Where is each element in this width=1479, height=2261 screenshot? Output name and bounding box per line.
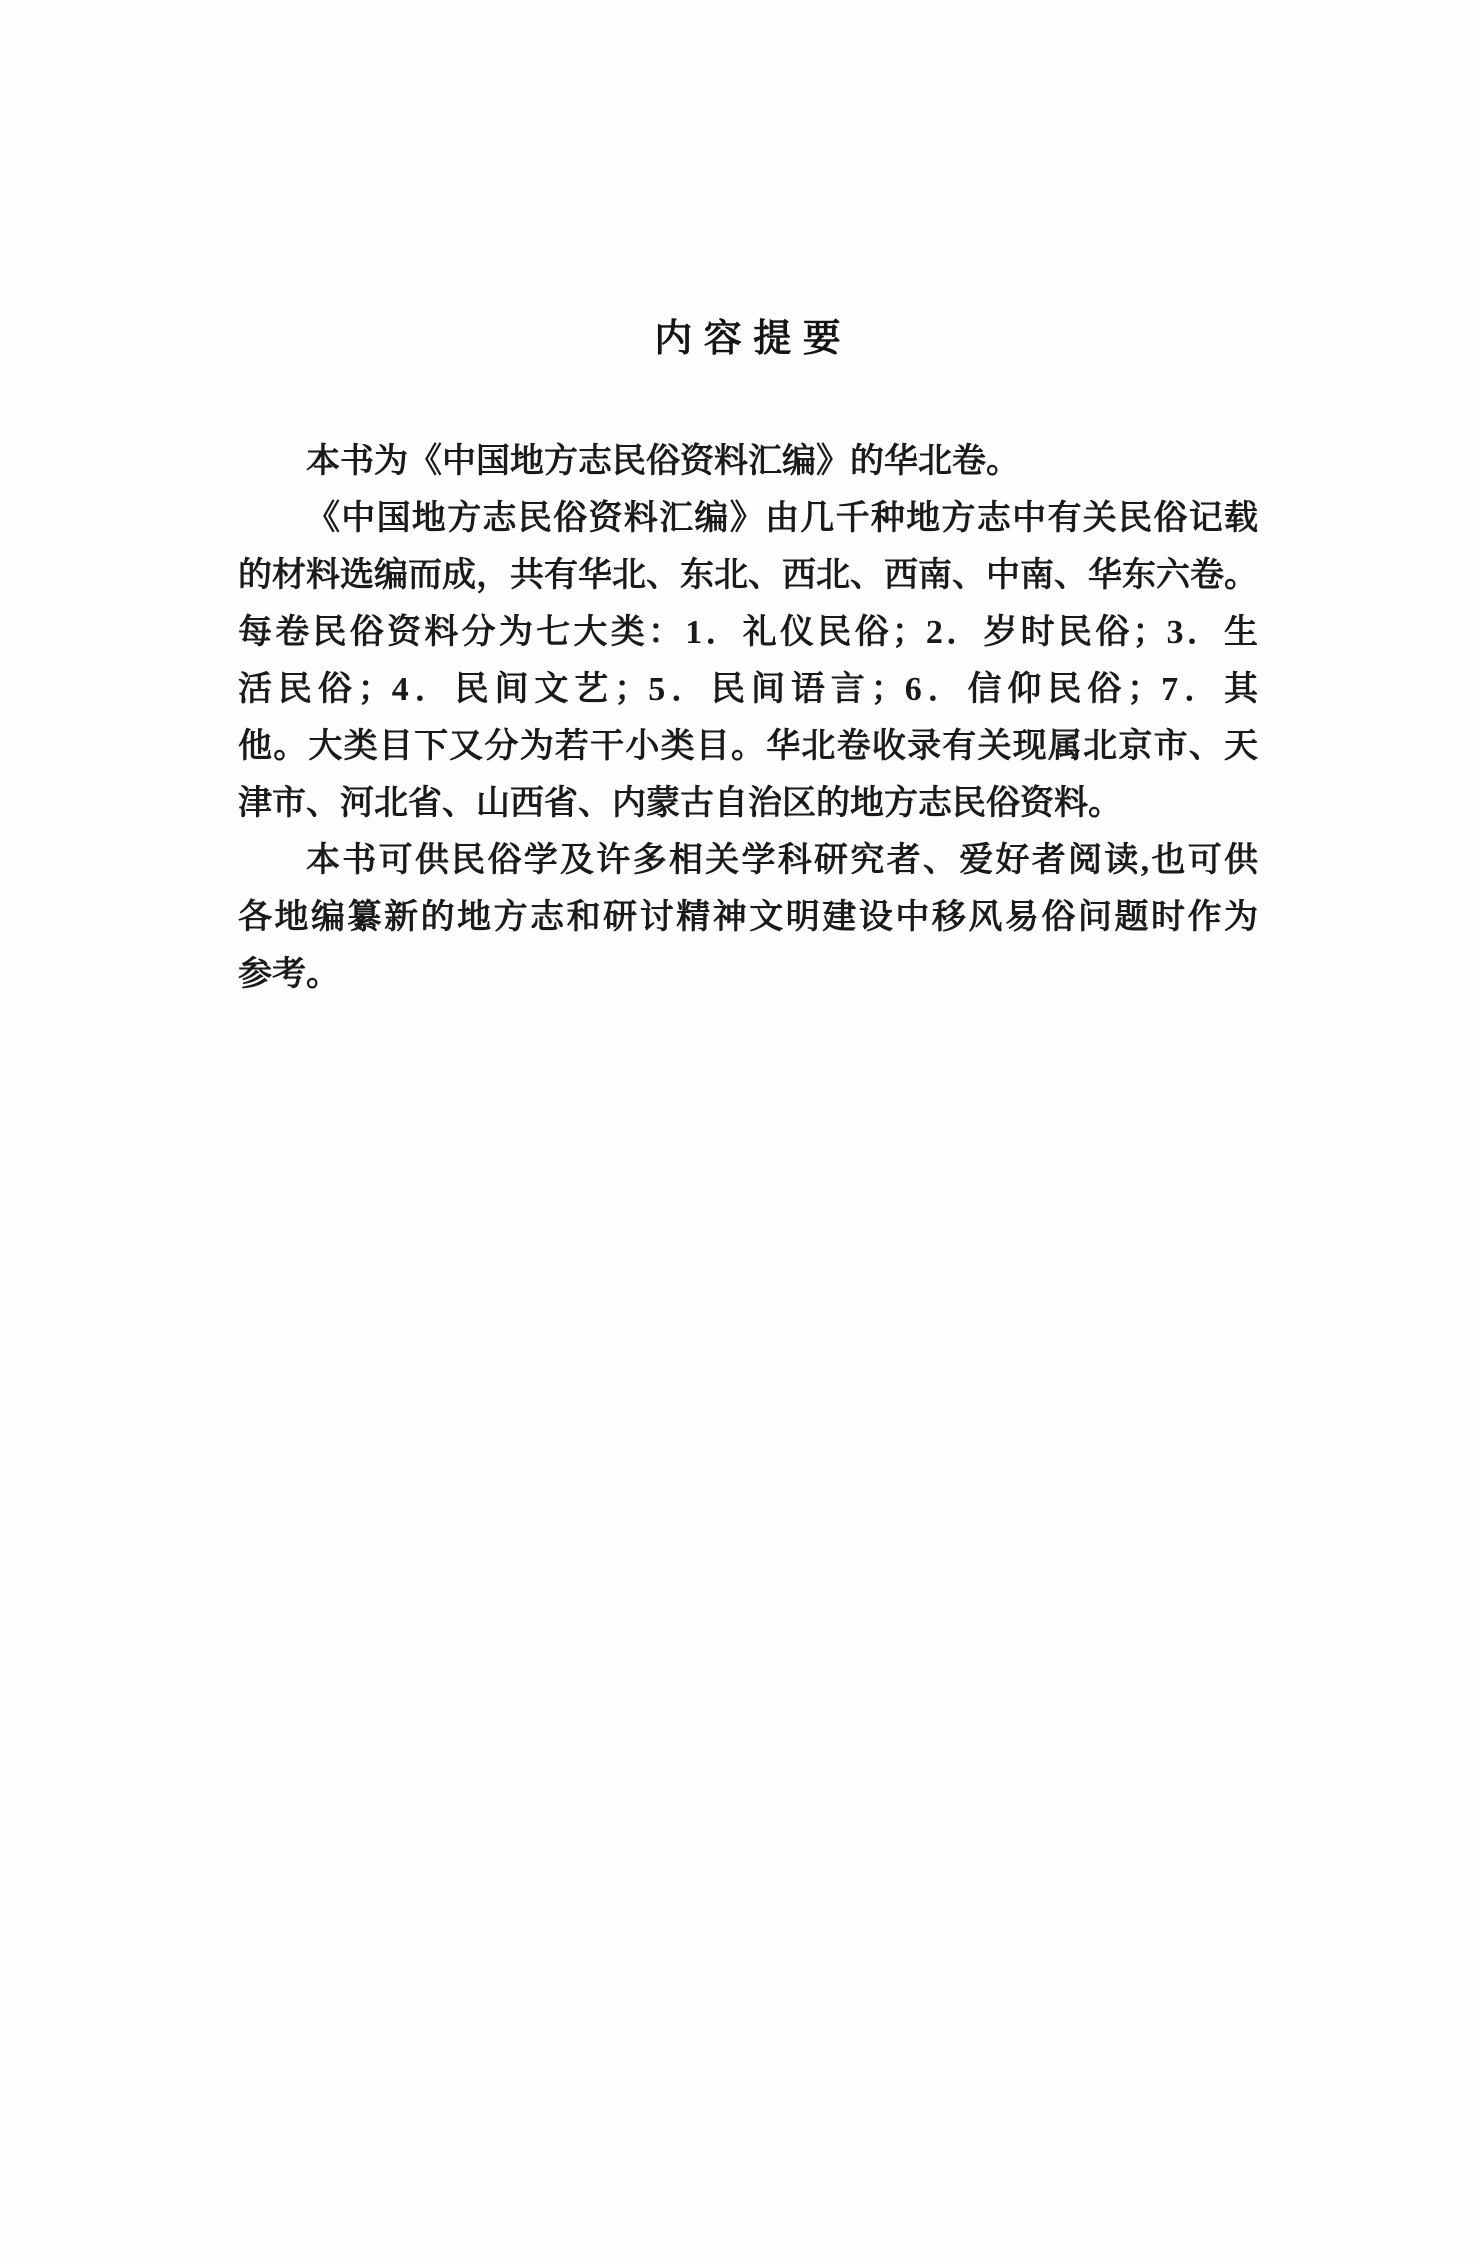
text-line-1: 本书为《中国地方志民俗资料汇编》的华北卷。 — [238, 433, 1258, 490]
text-line-4: 每卷民俗资料分为七大类：1．礼仪民俗；2．岁时民俗；3．生 — [238, 604, 1258, 661]
text-line-3: 的材料选编而成，共有华北、东北、西北、西南、中南、华东六卷。 — [238, 547, 1258, 604]
page-title: 内 容 提 要 — [238, 318, 1258, 360]
text-line-6: 他。大类目下又分为若干小类目。华北卷收录有关现属北京市、天 — [238, 718, 1258, 775]
text-line-2: 《中国地方志民俗资料汇编》由几千种地方志中有关民俗记载 — [238, 490, 1258, 547]
scanned-book-page: 内 容 提 要 本书为《中国地方志民俗资料汇编》的华北卷。 《中国地方志民俗资料… — [0, 0, 1479, 2261]
text-line-7: 津市、河北省、山西省、内蒙古自治区的地方志民俗资料。 — [238, 775, 1258, 832]
text-line-10: 参考。 — [238, 946, 1258, 1003]
text-line-8: 本书可供民俗学及许多相关学科研究者、爱好者阅读,也可供 — [238, 832, 1258, 889]
text-line-9: 各地编纂新的地方志和研讨精神文明建设中移风易俗问题时作为 — [238, 889, 1258, 946]
text-line-5: 活民俗；4．民间文艺；5．民间语言；6．信仰民俗；7．其 — [238, 661, 1258, 718]
summary-text-block: 本书为《中国地方志民俗资料汇编》的华北卷。 《中国地方志民俗资料汇编》由几千种地… — [238, 433, 1258, 1003]
